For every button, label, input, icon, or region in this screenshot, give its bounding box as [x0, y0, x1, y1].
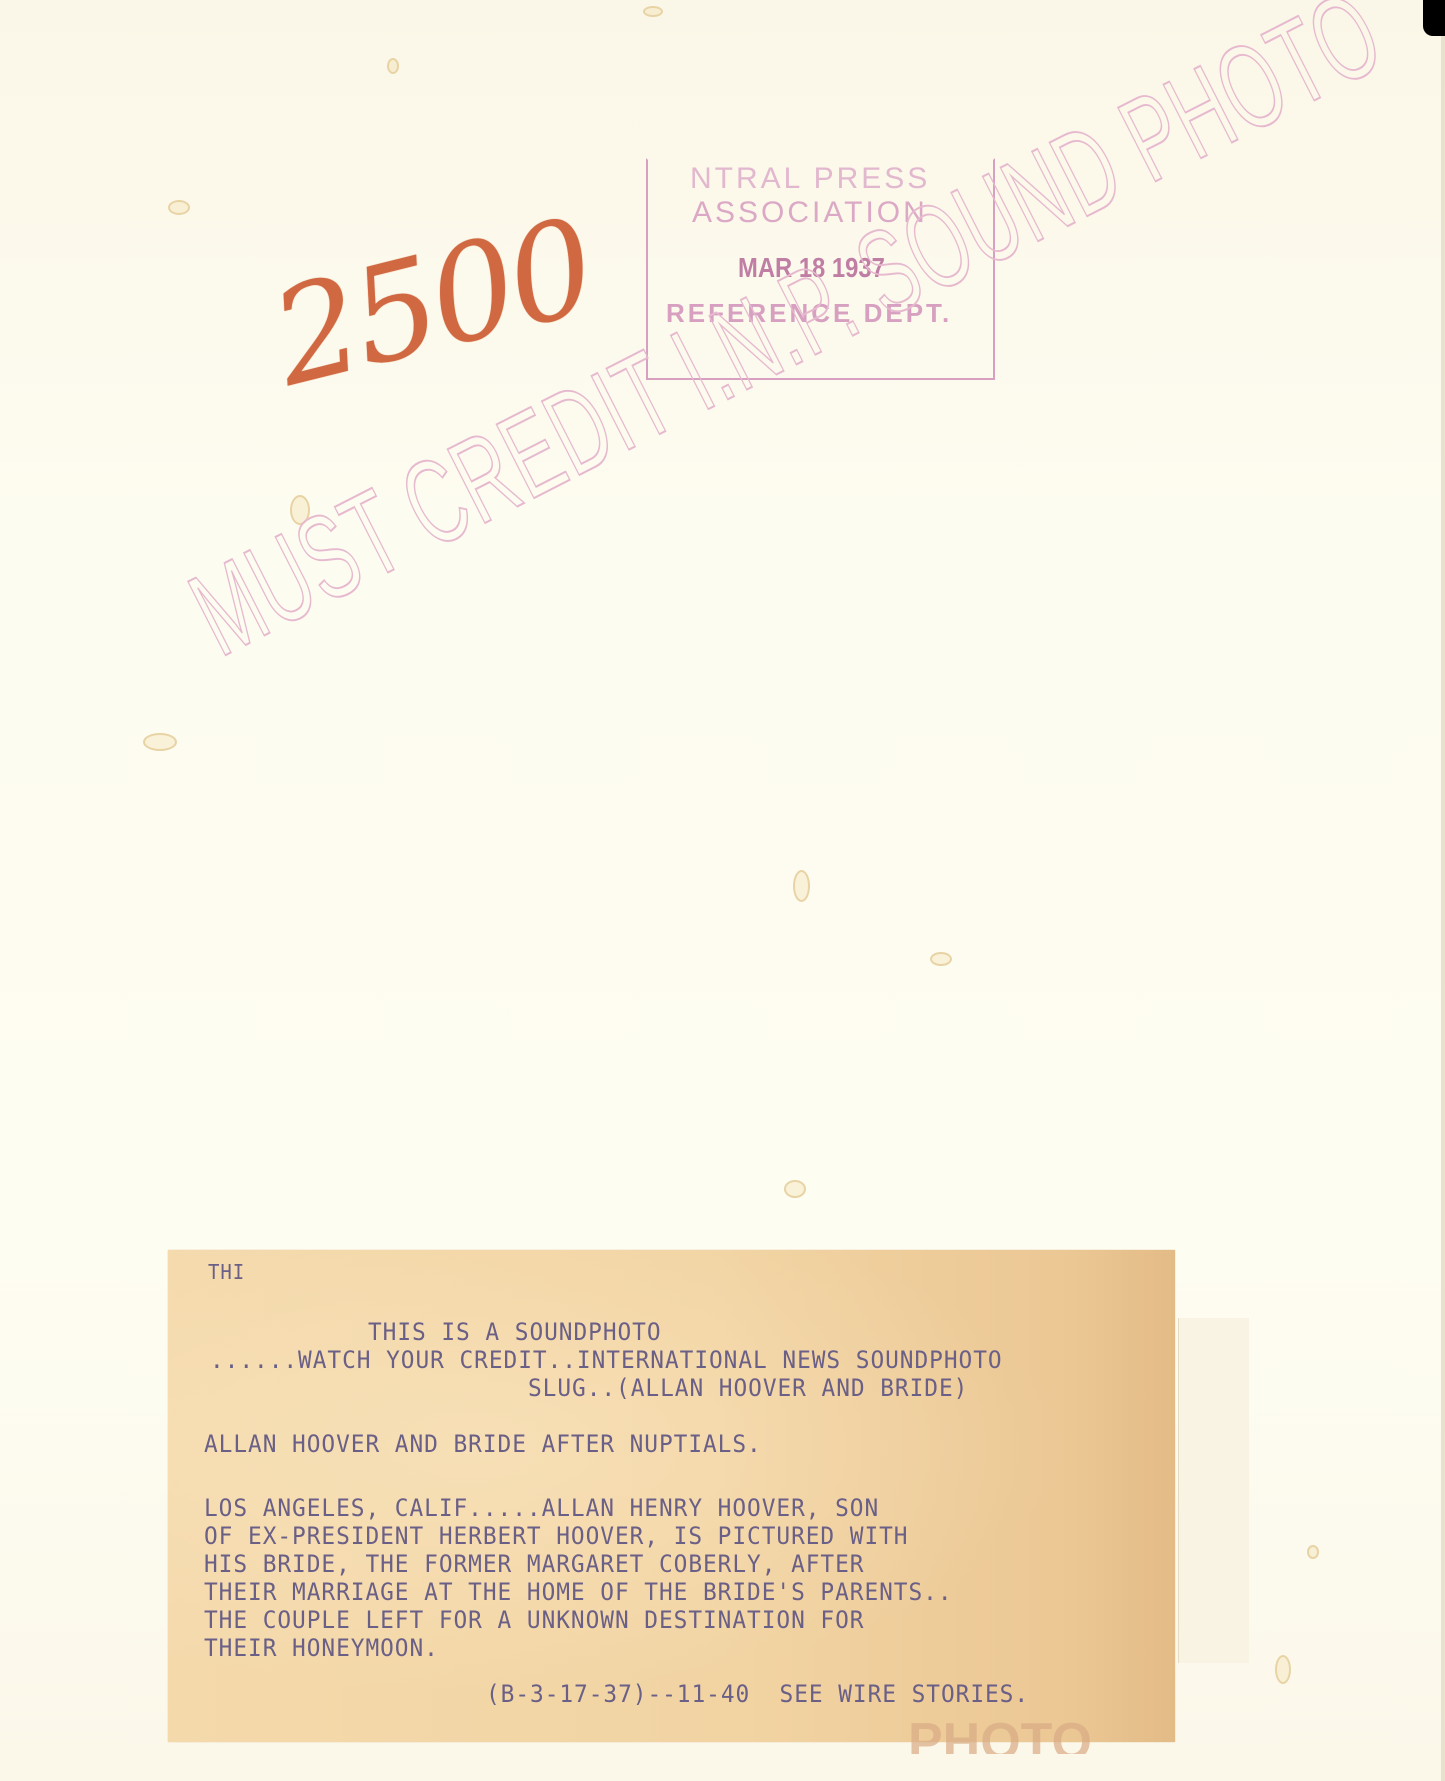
clip-line: ......WATCH YOUR CREDIT..INTERNATIONAL N… [210, 1346, 1003, 1374]
ghost-stamp-text: PHOTO [908, 1712, 1092, 1754]
clip-header-fragment: THI [208, 1260, 245, 1284]
clip-headline: ALLAN HOOVER AND BRIDE AFTER NUPTIALS. [204, 1430, 762, 1458]
clip-line: THE COUPLE LEFT FOR A UNKNOWN DESTINATIO… [204, 1606, 864, 1634]
clip-line: HIS BRIDE, THE FORMER MARGARET COBERLY, … [204, 1550, 864, 1578]
stain [643, 6, 663, 17]
stain [930, 952, 952, 966]
clip-line: SLUG..(ALLAN HOOVER AND BRIDE) [528, 1374, 968, 1402]
clip-line: LOS ANGELES, CALIF.....ALLAN HENRY HOOVE… [204, 1494, 879, 1522]
clip-line: THEIR HONEYMOON. [204, 1634, 439, 1662]
stain [387, 58, 399, 74]
stain [168, 200, 190, 215]
clip-footer: (B-3-17-37)--11-40 SEE WIRE STORIES. [486, 1680, 1029, 1708]
stain [793, 870, 810, 902]
clip-line: THIS IS A SOUNDPHOTO [368, 1318, 662, 1346]
caption-clipping: THI THIS IS A SOUNDPHOTO ......WATCH YOU… [168, 1250, 1175, 1742]
stain [1275, 1655, 1291, 1684]
paper-edge [1441, 36, 1445, 1781]
stain [1307, 1545, 1319, 1559]
scan-corner [1423, 0, 1445, 36]
stain [143, 733, 177, 751]
paper-tab [1178, 1318, 1249, 1663]
clip-line: THEIR MARRIAGE AT THE HOME OF THE BRIDE'… [204, 1578, 953, 1606]
clip-line: OF EX-PRESIDENT HERBERT HOOVER, IS PICTU… [204, 1522, 908, 1550]
stain [784, 1180, 806, 1198]
